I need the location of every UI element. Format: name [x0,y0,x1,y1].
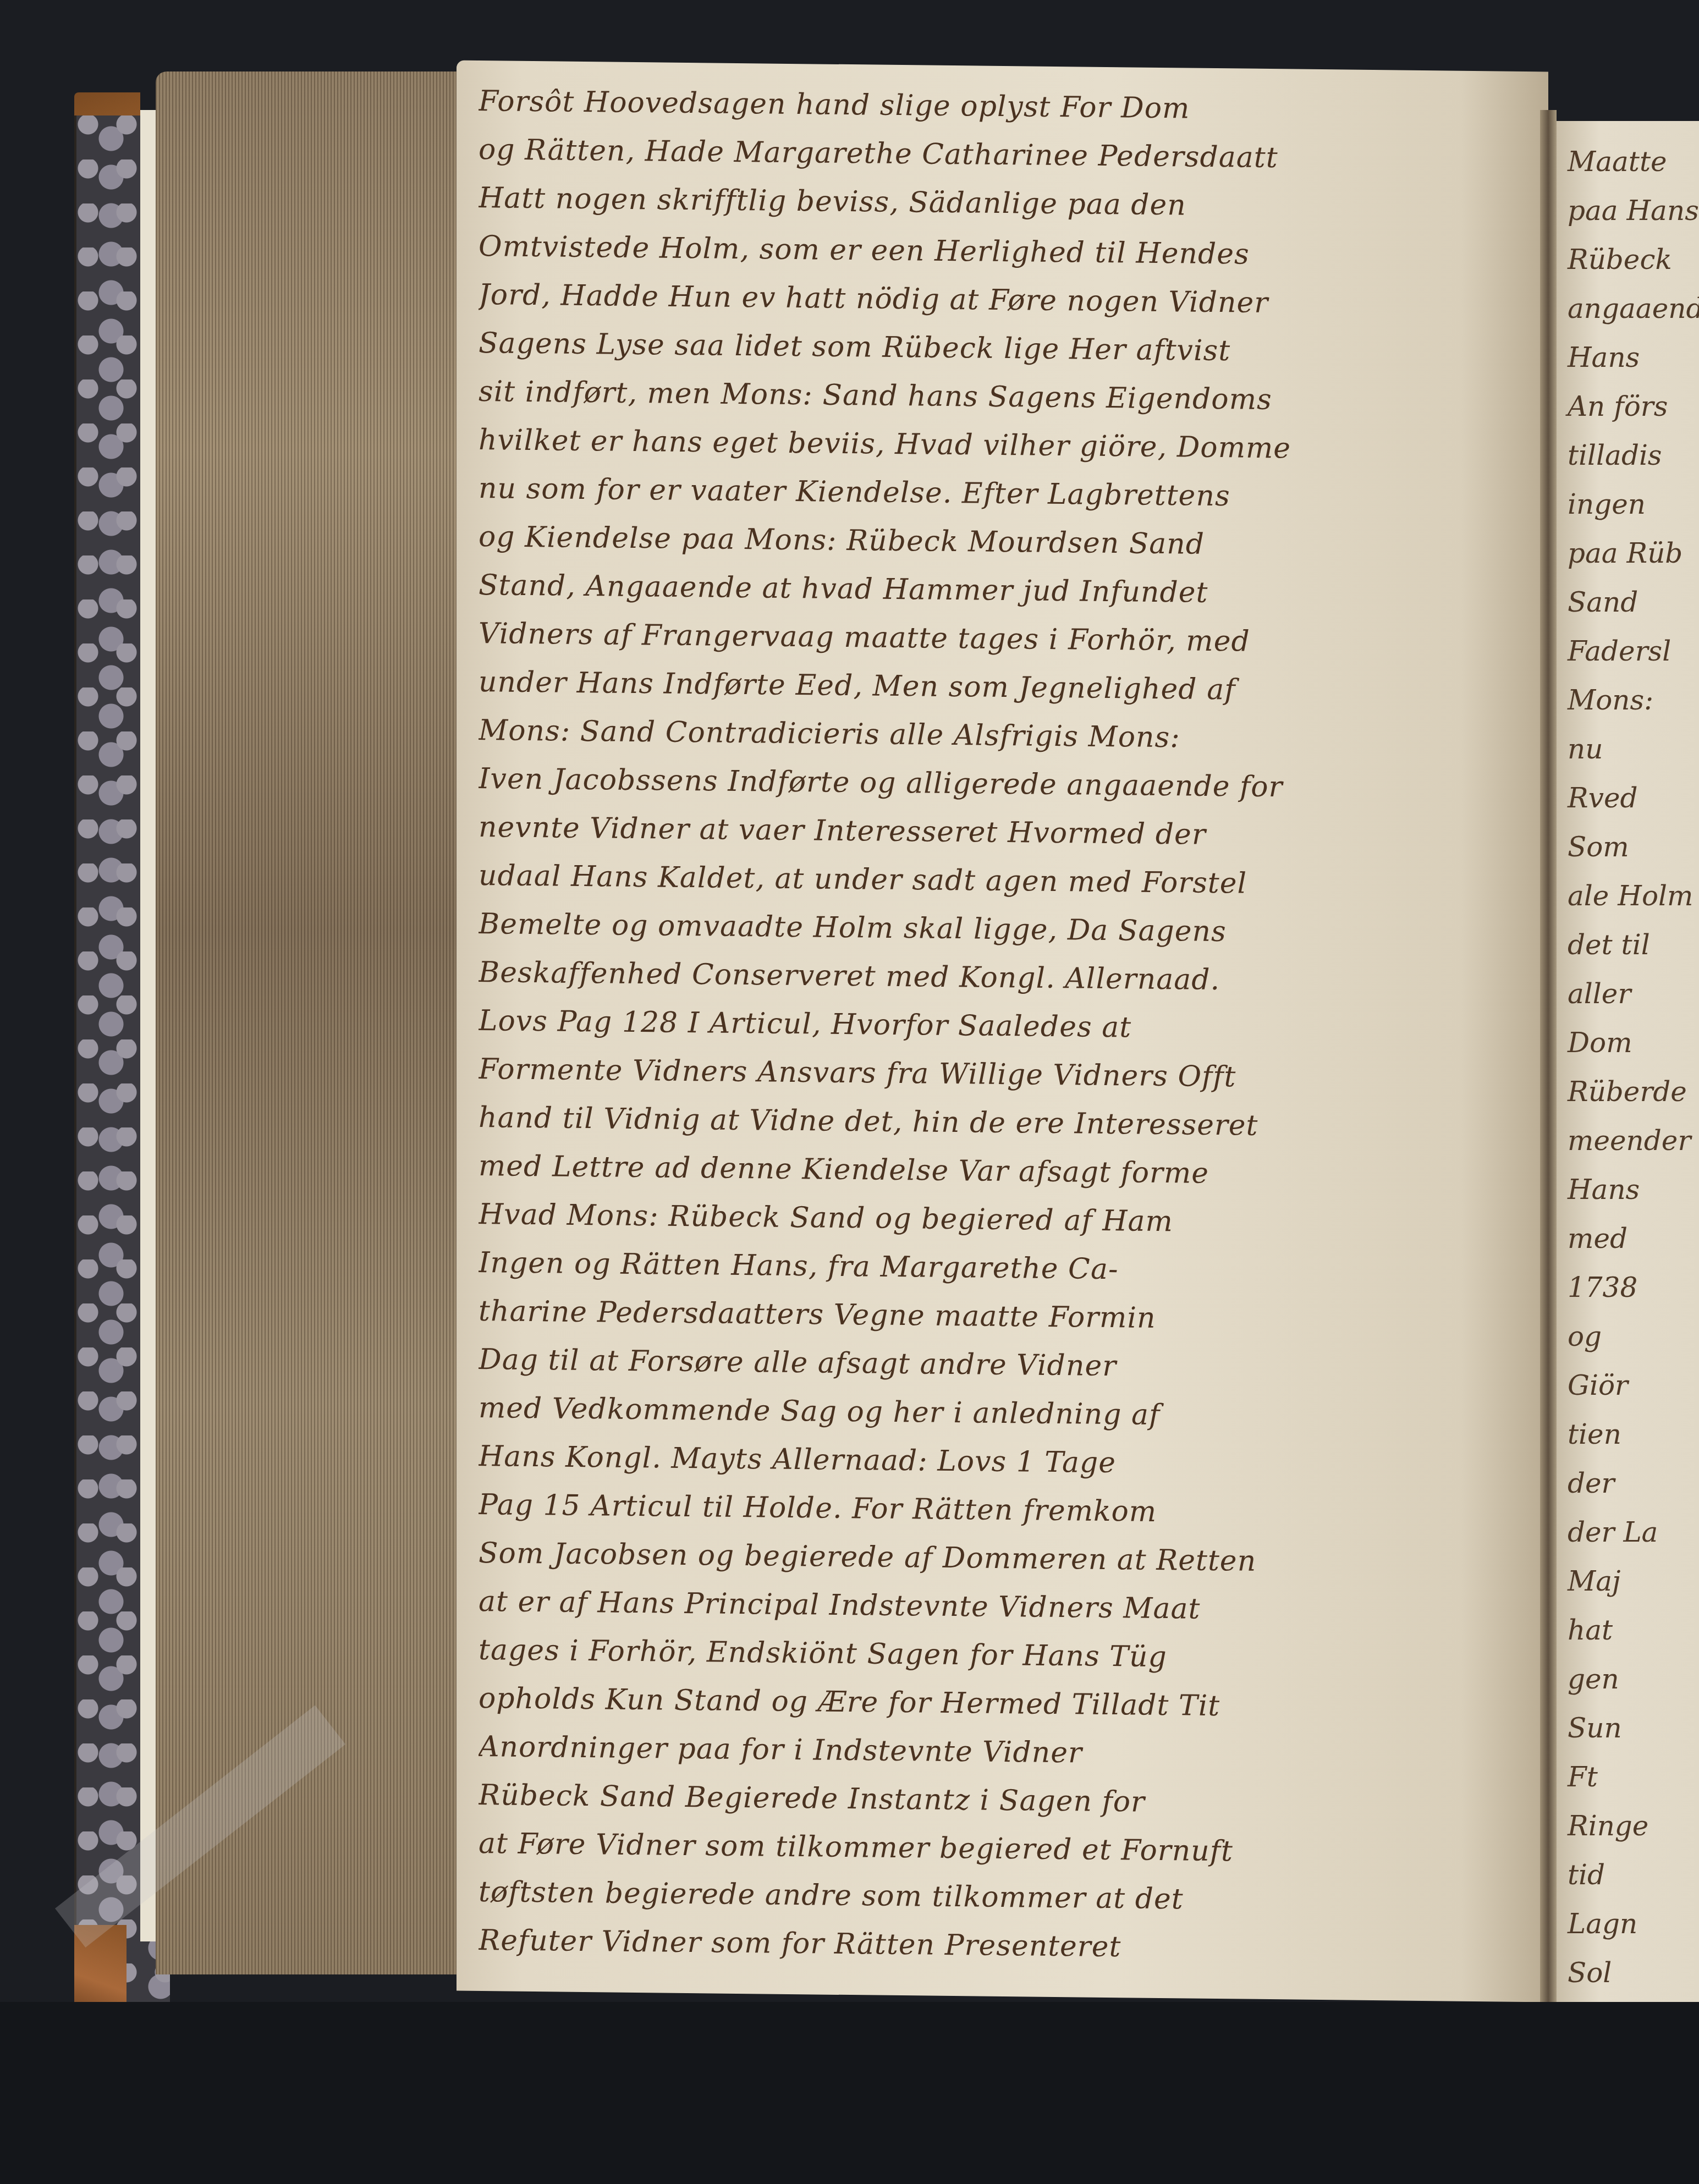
manuscript-fragment: og [1568,1312,1699,1361]
manuscript-fragment: Giör [1568,1361,1699,1410]
manuscript-fragment: 1738 [1568,1263,1699,1312]
handwritten-text-fragments: Maattepaa HansRübeckangaaendeHansAn förs… [1568,137,1699,2144]
manuscript-fragment: Sun [1568,1704,1699,1753]
manuscript-fragment: aller [1568,970,1699,1019]
book-gutter [1540,110,1557,2007]
manuscript-fragment: angaaende [1568,284,1699,333]
manuscript-fragment: meender [1568,1116,1699,1165]
handwritten-text-block: Forsôt Hoovedsagen hand slige oplyst For… [479,77,1532,1976]
manuscript-fragment: gen [1568,1655,1699,1704]
manuscript-fragment: Sol [1568,1949,1699,1998]
manuscript-fragment: Hans [1568,1165,1699,1214]
manuscript-fragment: tien [1568,1410,1699,1459]
manuscript-fragment: Ft [1568,1753,1699,1802]
manuscript-fragment: Fadersl [1568,627,1699,676]
manuscript-fragment: Rübeck [1568,235,1699,284]
manuscript-line: Refuter Vidner som for Rätten Presentere… [479,1916,1532,1976]
manuscript-fragment: der La [1568,1508,1699,1557]
endpaper-strip [140,110,156,1941]
manuscript-fragment: tilladis [1568,431,1699,480]
manuscript-fragment: ingen [1568,480,1699,529]
manuscript-fragment: Hans [1568,333,1699,382]
manuscript-page-left: Forsôt Hoovedsagen hand slige oplyst For… [457,60,1548,2003]
manuscript-fragment: hat [1568,1606,1699,1655]
manuscript-fragment: An förs [1568,382,1699,431]
manuscript-fragment: med [1568,1214,1699,1263]
manuscript-fragment: nu [1568,725,1699,774]
manuscript-fragment: tid [1568,1851,1699,1900]
manuscript-fragment: Lagn [1568,1900,1699,1949]
manuscript-fragment: Som [1568,823,1699,872]
manuscript-fragment: Ringe [1568,1802,1699,1851]
manuscript-fragment: ale Holm [1568,872,1699,921]
manuscript-fragment: Maatte [1568,137,1699,186]
manuscript-fragment: Rüberde [1568,1068,1699,1116]
manuscript-fragment: paa Rüb [1568,529,1699,578]
manuscript-page-right: Maattepaa HansRübeckangaaendeHansAn förs… [1557,121,1699,2007]
manuscript-fragment: der [1568,1459,1699,1508]
background-surface [0,2002,1699,2184]
manuscript-fragment: Rved [1568,774,1699,823]
manuscript-fragment: Mons: [1568,676,1699,725]
manuscript-fragment: Maj [1568,1557,1699,1606]
manuscript-fragment: det til [1568,921,1699,970]
manuscript-fragment: paa Hans [1568,186,1699,235]
manuscript-fragment: Sand [1568,578,1699,627]
page-block-edge [156,71,464,1974]
manuscript-fragment: Dom [1568,1019,1699,1068]
